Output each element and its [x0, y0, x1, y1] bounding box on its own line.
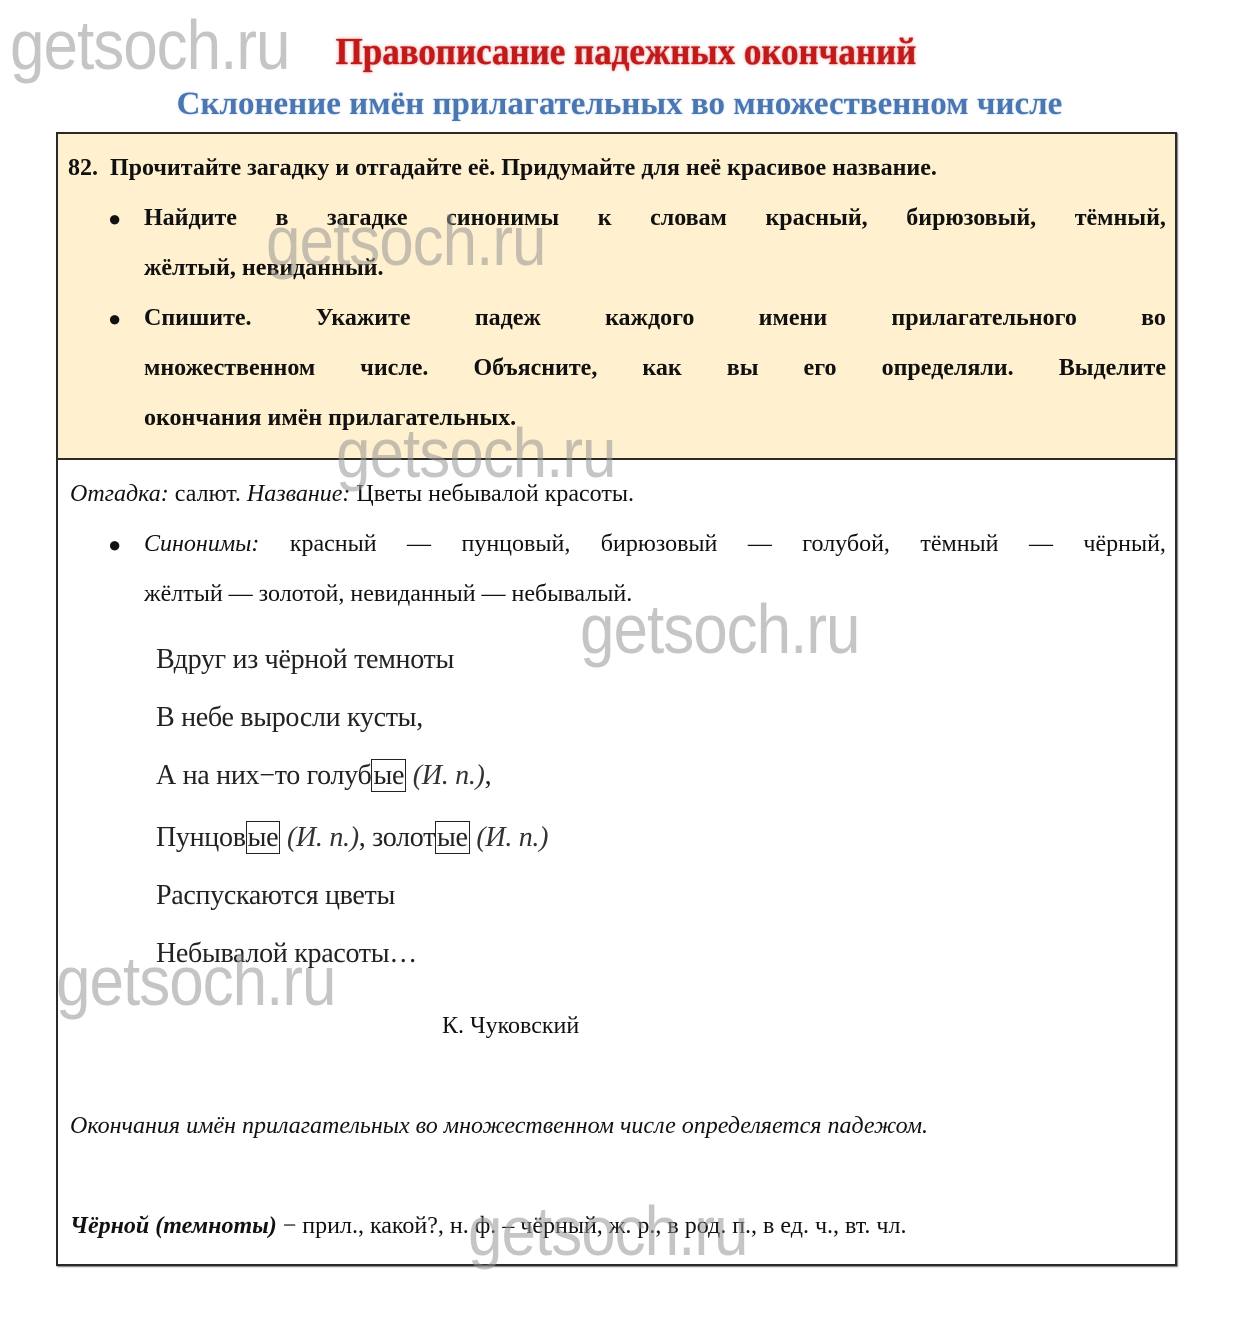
- task-intro: 82. Прочитайте загадку и отгадайте её. П…: [68, 156, 937, 180]
- poem-line: А на них−то голубые (И. п.),: [156, 762, 491, 790]
- case-label: (И. п.): [287, 822, 359, 853]
- analysis-word: Чёрной (темноты): [70, 1213, 277, 1239]
- poem-text: А на них−то голуб: [156, 760, 371, 791]
- word-analysis: Чёрной (темноты) − прил., какой?, н. ф. …: [70, 1214, 906, 1238]
- page-title: Правописание падежных окончаний: [50, 30, 1190, 74]
- case-label: (И. п.): [413, 760, 485, 791]
- task-bullet-2-line-1: Спишите.Укажитепадежкаждогоимениприлагат…: [144, 306, 1166, 330]
- word: определяли.: [882, 356, 1014, 380]
- word: как: [642, 356, 681, 380]
- task-bullet-2-line-3: окончания имён прилагательных.: [144, 406, 516, 430]
- word: числе.: [360, 356, 428, 380]
- poem-text: Вдруг из чёрной темноты: [156, 644, 454, 675]
- poem-line: Пунцовые (И. п.), золотые (И. п.): [156, 824, 548, 852]
- synonyms-label: Синонимы:: [144, 532, 259, 556]
- word: множественном: [144, 356, 315, 380]
- poem-line: Вдруг из чёрной темноты: [156, 646, 454, 674]
- task-intro-text: Прочитайте загадку и отгадайте её. Приду…: [110, 155, 937, 181]
- word: во: [1141, 306, 1166, 330]
- word: к: [598, 206, 612, 230]
- word: голубой,: [802, 532, 890, 556]
- word: —: [1029, 532, 1053, 556]
- bullet-icon: ●: [108, 206, 121, 232]
- poem-text: Небывалой красоты…: [156, 938, 417, 969]
- word: чёрный,: [1083, 532, 1166, 556]
- answer-guess: Отгадка: салют. Название: Цветы небывало…: [70, 482, 634, 506]
- guess-label: Отгадка:: [70, 481, 169, 507]
- task-bullet-2-line-2: множественномчисле.Объясните,каквыегоопр…: [144, 356, 1166, 380]
- word: красный,: [765, 206, 867, 230]
- synonyms-line-1: Синонимы: красный—пунцовый,бирюзовый—гол…: [144, 532, 1166, 556]
- poem-text: В небе выросли кусты,: [156, 702, 423, 733]
- ending-highlight: ые: [246, 821, 281, 854]
- poem-text: Распускаются цветы: [156, 880, 395, 911]
- page-subtitle: Склонение имён прилагательных во множест…: [0, 86, 1239, 123]
- word: каждого: [605, 306, 694, 330]
- task-bullet-1-line-2: жёлтый, невиданный.: [144, 256, 384, 280]
- poem-text: , золот: [359, 822, 435, 853]
- name-value: Цветы небывалой красоты.: [356, 481, 634, 507]
- task-bullet-1-line-1: Найдитевзагадкесинонимыксловамкрасный,би…: [144, 206, 1166, 230]
- word: тёмный: [920, 532, 998, 556]
- word: пунцовый,: [461, 532, 570, 556]
- task-number: 82.: [68, 155, 98, 181]
- word: в: [275, 206, 288, 230]
- word: Найдите: [144, 206, 237, 230]
- guess-value: салют.: [175, 481, 241, 507]
- poem-line: Распускаются цветы: [156, 882, 395, 910]
- word: загадке: [327, 206, 408, 230]
- word: Спишите.: [144, 306, 252, 330]
- word: его: [804, 356, 837, 380]
- bullet-icon: ●: [108, 306, 121, 332]
- poem-text: [280, 822, 287, 853]
- synonyms-line-2: жёлтый — золотой, невиданный — небывалый…: [144, 582, 632, 606]
- word: синонимы: [446, 206, 559, 230]
- poem-text: ,: [485, 760, 492, 791]
- analysis-text: − прил., какой?, н. ф. – чёрный, ж. р., …: [277, 1213, 907, 1239]
- word: бирюзовый: [601, 532, 718, 556]
- word: Объясните,: [474, 356, 598, 380]
- bullet-icon: ●: [108, 532, 121, 558]
- poem-text: [406, 760, 413, 791]
- rule-note: Окончания имён прилагательных во множест…: [70, 1114, 928, 1138]
- poem-author: К. Чуковский: [442, 1014, 579, 1038]
- exercise-frame: 82. Прочитайте загадку и отгадайте её. П…: [56, 132, 1177, 1266]
- word: —: [748, 532, 772, 556]
- poem-text: Пунцов: [156, 822, 246, 853]
- word: падеж: [475, 306, 541, 330]
- word: Выделите: [1059, 356, 1166, 380]
- ending-highlight: ые: [371, 759, 406, 792]
- word: словам: [650, 206, 727, 230]
- word: тёмный,: [1075, 206, 1166, 230]
- name-label: Название:: [247, 481, 351, 507]
- word: вы: [727, 356, 759, 380]
- task-box: 82. Прочитайте загадку и отгадайте её. П…: [58, 134, 1175, 460]
- word: прилагательного: [891, 306, 1076, 330]
- word: Укажите: [316, 306, 411, 330]
- word: —: [407, 532, 431, 556]
- ending-highlight: ые: [435, 821, 470, 854]
- poem-line: В небе выросли кусты,: [156, 704, 423, 732]
- word: красный: [290, 532, 377, 556]
- poem-line: Небывалой красоты…: [156, 940, 417, 968]
- word: имени: [759, 306, 827, 330]
- word: бирюзовый,: [906, 206, 1036, 230]
- case-label: (И. п.): [476, 822, 548, 853]
